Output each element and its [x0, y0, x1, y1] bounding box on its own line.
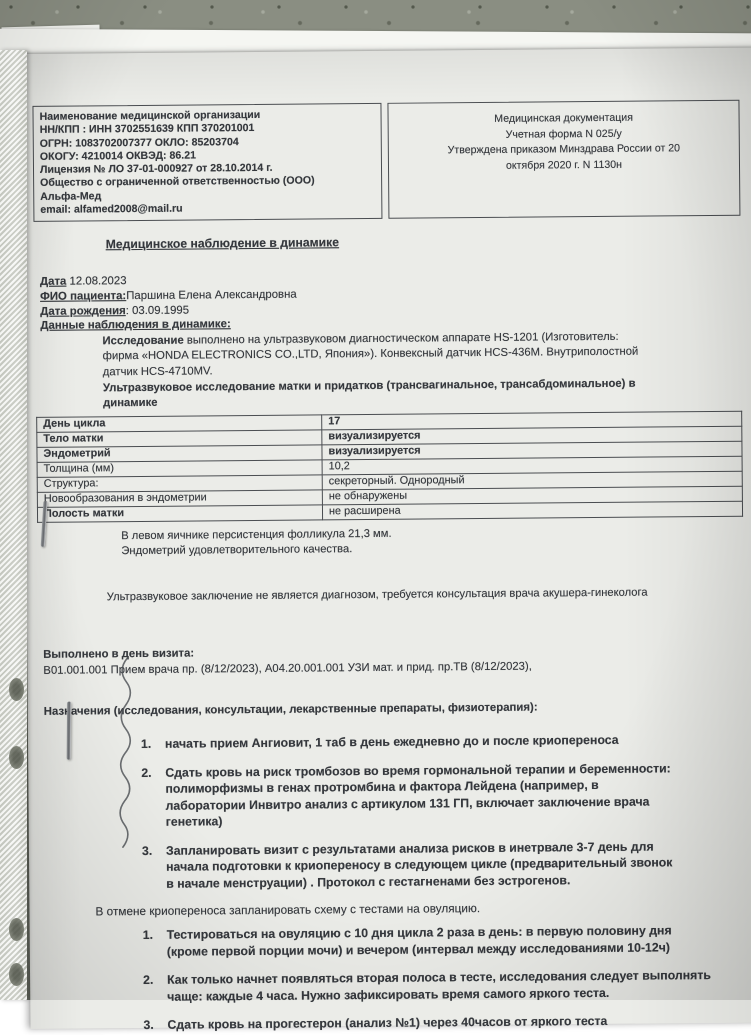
ovulation-list: 1.Тестироваться на овуляцию с 10 дня цик… [40, 922, 751, 1000]
binder-hole [9, 746, 24, 769]
list-item: 2.Сдать кровь на риск тромбозов во время… [141, 759, 751, 831]
document-page: Наименование медицинской организации НН/… [22, 47, 751, 1000]
list-item: 1.начать прием Ангиовит, 1 таб в день еж… [141, 731, 751, 753]
list-item: 3.Запланировать визит с результатами ана… [142, 837, 751, 892]
page-title: Медицинское наблюдение в динамике [106, 232, 751, 252]
form-line: октября 2020 г. N 1130н [399, 156, 729, 174]
ovulation-intro: В отмене криопереноса запланировать схем… [95, 899, 751, 919]
binder-hole [9, 963, 24, 986]
observation-table: День цикла17 Тело маткивизуализируется Э… [36, 410, 743, 522]
org-line: email: alfamed2008@mail.ru [40, 201, 375, 217]
form-line: Утверждена приказом Минздрава России от … [399, 141, 729, 159]
organization-info-box: Наименование медицинской организации НН/… [32, 103, 382, 222]
document-header: Наименование медицинской организации НН/… [32, 99, 751, 222]
visit-section: Выполнено в день визита: B01.001.001 При… [43, 642, 751, 679]
patient-info: Дата 12.08.2023 ФИО пациента:Паршина Еле… [40, 269, 751, 334]
study-description: Исследование выполнено на ультразвуковом… [102, 329, 651, 412]
staple [67, 702, 72, 760]
prescriptions-list: 1.начать прием Ангиовит, 1 таб в день еж… [38, 731, 751, 893]
list-item: 2.Как только начнет появляться вторая по… [143, 967, 751, 1000]
photo-scene: Наименование медицинской организации НН/… [0, 0, 751, 1000]
exam-type-line: Ультразвуковое исследование матки и прид… [103, 376, 651, 412]
binder-hole [9, 918, 24, 941]
list-item: 1.Тестироваться на овуляцию с 10 дня цик… [143, 922, 751, 961]
findings: В левом яичнике персистенция фолликула 2… [121, 523, 751, 558]
handwritten-brace-mark [113, 656, 137, 856]
binder-hole [9, 678, 24, 701]
document-content: Наименование медицинской организации НН/… [22, 47, 751, 1000]
plastic-sleeve-edge [0, 50, 27, 1000]
disclaimer-line: Ультразвуковое заключение не является ди… [107, 586, 751, 604]
prescriptions-heading: Назначения (исследования, консультации, … [44, 700, 751, 718]
document-form-box: Медицинская документация Учетная форма N… [387, 100, 740, 219]
